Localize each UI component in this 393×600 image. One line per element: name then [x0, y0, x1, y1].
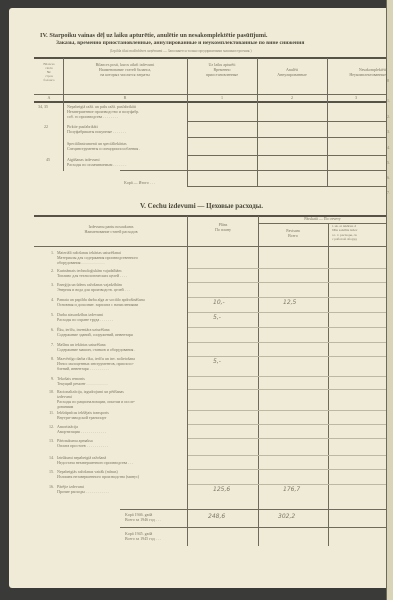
v-row-rule — [188, 455, 386, 456]
v-row-label: Darba aizsardzības izdevumiРасходы по ох… — [57, 312, 113, 322]
v-row-plan-value: 5,- — [213, 314, 221, 321]
iv-index-2: 2 — [258, 95, 326, 100]
iv-row-rule — [187, 155, 386, 156]
v-row-number: 6. — [44, 327, 54, 332]
v-row-label: Iztrūkumi nepabeigtā ražošanāНедостача н… — [57, 455, 133, 465]
iv-index-3: 3 — [328, 95, 384, 100]
v-row-rule — [188, 484, 386, 485]
v-row-rule — [188, 282, 386, 283]
v-row-number: 10. — [44, 389, 54, 394]
v-row-plan-value: 10,- — [213, 299, 225, 306]
iv-col-divider — [187, 58, 188, 187]
v-row-label: Pārtraukumu apmaksaОплата простоев . . .… — [57, 438, 108, 448]
iv-row-rule — [120, 170, 386, 171]
v-row-number: 3. — [44, 282, 54, 287]
v-row-rule — [188, 312, 386, 313]
v-row-number: 16. — [44, 484, 54, 489]
v-row-number: 14. — [44, 455, 54, 460]
iv-index-1: 1 — [188, 95, 256, 100]
v-row-rule — [188, 389, 386, 390]
v-row-label: Mašīnu un iekārtas uzturēšanaСодержание … — [57, 342, 135, 352]
v-plan-header: PlānsПо плану — [188, 222, 258, 232]
iv-index-b: B — [64, 95, 186, 100]
edge-number: 5. — [387, 160, 390, 165]
v-report-group-header: Pārskatā — По отчету — [259, 216, 386, 221]
iv-row-number: 34, 35 — [38, 104, 48, 109]
v-row-plan-value: 5,- — [213, 358, 221, 365]
v-total-1946-plan: 248,6 — [208, 513, 225, 520]
v-row-rule — [188, 356, 386, 357]
v-total-rule — [120, 509, 386, 510]
v-row-rule — [188, 327, 386, 328]
v-including-header: t. sk. ar iekārtas dbību saistītie izdev… — [332, 224, 386, 241]
v-total-rule — [120, 527, 386, 528]
iv-row: Pirktie pusfabrikātiПолуфабрикаты покупн… — [67, 124, 126, 134]
v-row-number: 13. — [44, 438, 54, 443]
v-row-label: Mazvērtīgo darba rīku, ierīču un inv. no… — [57, 356, 135, 371]
v-header-rule — [34, 246, 386, 247]
v-row-rule — [188, 342, 386, 343]
v-row-rule — [188, 469, 386, 470]
v-row-label: Pamata un papildu darba alga ar sociālo … — [57, 297, 145, 307]
v-row-number: 1. — [44, 250, 54, 255]
iv-index-a: A — [36, 95, 62, 100]
v-row-rule — [188, 297, 386, 298]
v-row-rule — [188, 438, 386, 439]
v-row-number: 2. — [44, 268, 54, 273]
v-row-rule — [188, 424, 386, 425]
v-row-rule — [188, 410, 386, 411]
section-iv-title: IV. Starpoiku vainas dēļ uz laiku apturē… — [40, 32, 267, 39]
v-row-number: 7. — [44, 342, 54, 347]
v-row-total-value: 176,7 — [283, 486, 300, 493]
iv-col-1-header: Uz laiku apturētiВременноприостановленны… — [188, 62, 256, 77]
iv-col-a-header: BilancesrinduNr.строкбаланса — [36, 62, 62, 82]
v-total-1946-label: Kopā 1946. gadāВсего за 1946 год . . . — [125, 512, 161, 522]
edge-number: 1. — [387, 98, 390, 103]
v-col-divider — [328, 224, 329, 546]
iv-table-top — [34, 57, 386, 59]
v-row-label: Materiāli ražošanas iekārtas uzturēšanai… — [57, 250, 138, 265]
iv-col-divider — [327, 58, 328, 187]
v-row-label: Kurināmais technoloģiskām vajadzībāmТопл… — [57, 268, 127, 278]
v-row-number: 15. — [44, 469, 54, 474]
v-row-label: AmortizācijaАмортизация . . . . . . . . … — [57, 424, 106, 434]
section-iv-note: (Izpilda tikai mašīnbūves uzņēmumi — Зап… — [110, 49, 252, 53]
iv-row-number: 22 — [44, 124, 48, 129]
edge-number: 8 — [387, 78, 389, 83]
v-name-header: Izdevumu pantu nosaukumsНаименование ста… — [36, 224, 186, 234]
iv-index-rule — [34, 101, 386, 103]
v-total-1946-total: 302,2 — [278, 513, 295, 520]
section-v-title: V. Cechu izdevumi — Цеховые расходы. — [140, 202, 263, 210]
iv-total-rule — [187, 186, 386, 187]
adjacent-page-edge — [386, 0, 393, 600]
v-row-label: Pārējie izdevumiПрочие расходы . . . . .… — [57, 484, 109, 494]
edge-number: 6. — [387, 175, 390, 180]
iv-row: Nepabeigtā ražā. un pašu ražā. pusfabrik… — [67, 104, 139, 119]
v-total-header: PavisamВсего — [259, 228, 327, 238]
iv-row: Atgūšanas izdevumiРасходы по оплачиваемы… — [67, 157, 126, 167]
iv-col-b-header: Bilances posti, kuros atkrīt izdevumiНаи… — [64, 62, 186, 77]
v-col-divider — [187, 216, 188, 546]
section-iv-title-ru: Заказы, временно приостановленные, аннул… — [56, 40, 304, 46]
iv-row-number: 45 — [46, 157, 50, 162]
v-row-label: Racionalizācija, izgudrojumi un pētīšana… — [57, 389, 135, 409]
v-row-label: Tekošais remontsТекущий ремонт . . . . .… — [57, 376, 108, 386]
v-row-plan-value: 125,6 — [213, 486, 230, 493]
v-row-number: 4. — [44, 297, 54, 302]
iv-row-rule — [187, 121, 386, 122]
edge-number: 4. — [387, 145, 390, 150]
iv-col-3-header: NesakomplektētiНеукомплектованные — [332, 67, 386, 77]
v-row-rule — [188, 376, 386, 377]
v-total-1945-label: Kopā 1945. gadāВсего за 1945 год . . . — [125, 531, 161, 541]
v-row-number: 5. — [44, 312, 54, 317]
v-row-rule — [188, 268, 386, 269]
edge-number: 2. — [387, 114, 390, 119]
iv-row: Speciālinstrumenti un speciāliekārtasСпе… — [67, 141, 140, 151]
v-row-label: Enerģija un ūdens ražošanas vajadzībāmЭн… — [57, 282, 130, 292]
v-col-divider — [258, 216, 259, 546]
v-row-label: Nepabeigtās ražošanas vairāk (mīnus)Изли… — [57, 469, 139, 479]
v-row-number: 12. — [44, 424, 54, 429]
iv-row-rule — [187, 137, 386, 138]
iv-total-label: Kopā — Итого . . . — [124, 180, 155, 185]
iv-col-divider — [257, 58, 258, 187]
v-row-total-value: 12,5 — [283, 299, 296, 306]
iv-col-2-header: AnulētiАннулированные — [258, 67, 326, 77]
v-row-label: Ēku, ierīču, inventāra uzturēšanaСодержа… — [57, 327, 133, 337]
v-row-label: Iekšrūpnīcas iekšējais transportsВнутри-… — [57, 410, 109, 420]
v-row-number: 9. — [44, 376, 54, 381]
v-row-number: 8. — [44, 356, 54, 361]
edge-number: 7. — [387, 190, 390, 195]
v-row-number: 11. — [44, 410, 54, 415]
edge-number: 3. — [387, 129, 390, 134]
